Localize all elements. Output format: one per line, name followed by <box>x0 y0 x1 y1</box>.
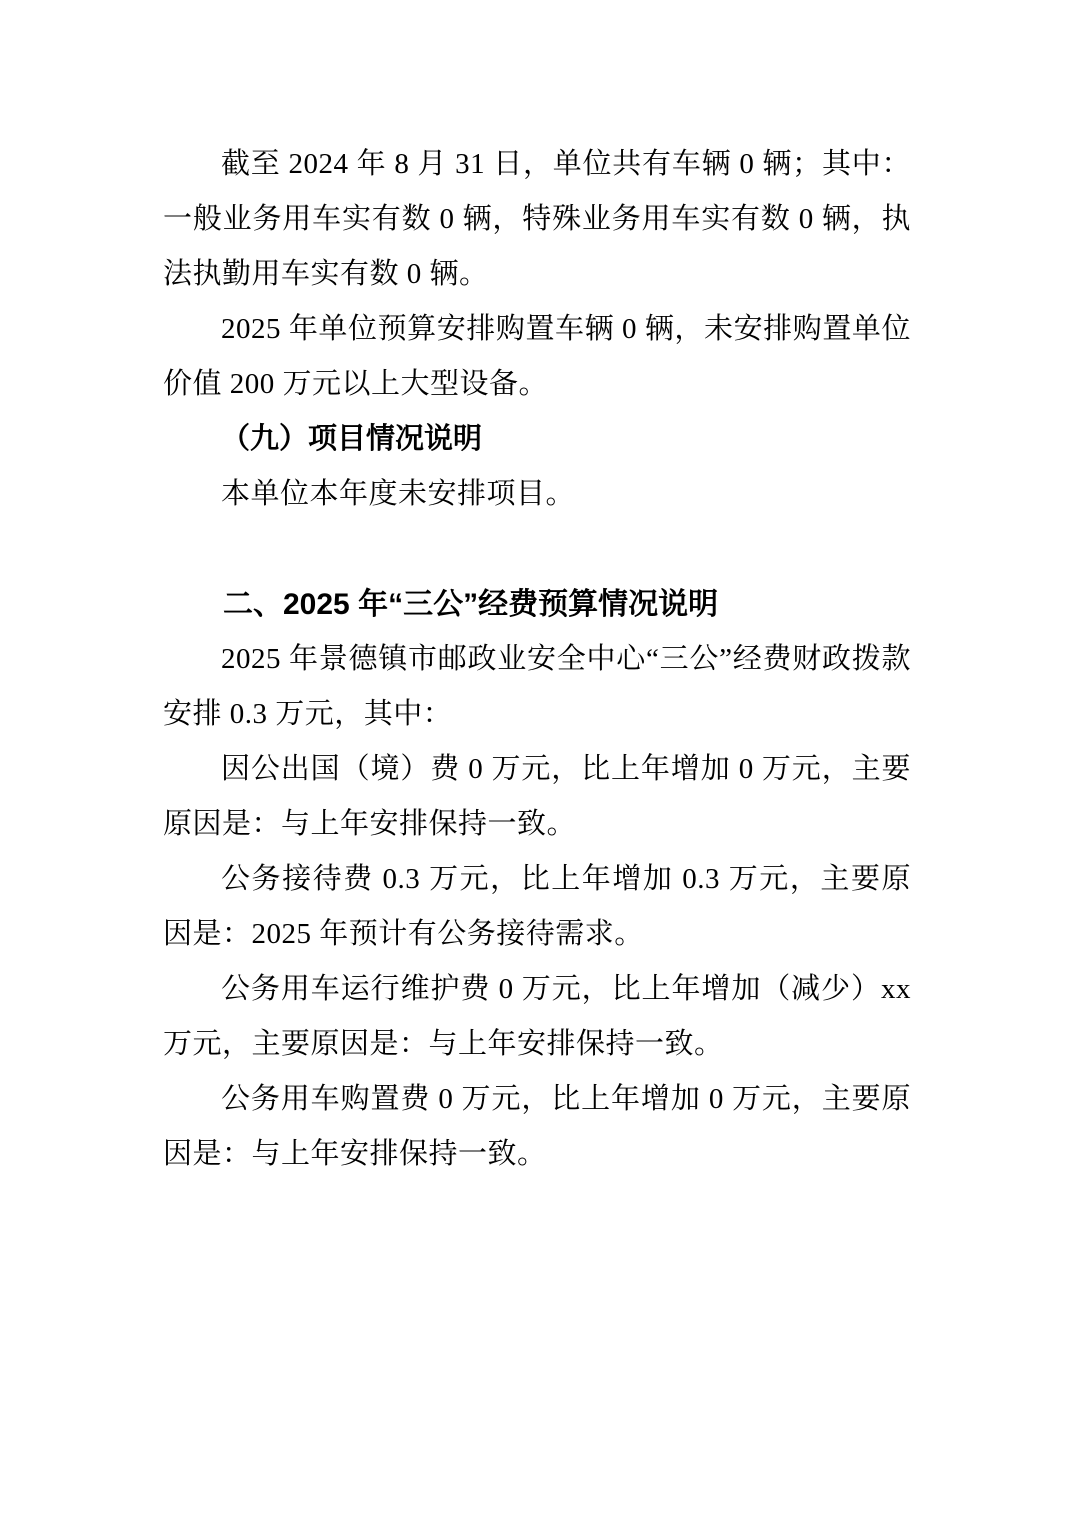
document-page: 截至 2024 年 8 月 31 日，单位共有车辆 0 辆；其中：一般业务用车实… <box>0 0 1074 1520</box>
sub-heading: （九）项目情况说明 <box>163 412 911 467</box>
paragraph: 公务用车运行维护费 0 万元，比上年增加（减少）xx 万元，主要原因是：与上年安… <box>163 962 911 1072</box>
blank-line <box>163 522 911 577</box>
paragraph: 公务用车购置费 0 万元，比上年增加 0 万元，主要原因是：与上年安排保持一致。 <box>163 1072 911 1182</box>
paragraph: 因公出国（境）费 0 万元，比上年增加 0 万元，主要原因是：与上年安排保持一致… <box>163 742 911 852</box>
section-heading: 二、2025 年“三公”经费预算情况说明 <box>163 577 911 632</box>
paragraph: 截至 2024 年 8 月 31 日，单位共有车辆 0 辆；其中：一般业务用车实… <box>163 137 911 302</box>
paragraph: 2025 年景德镇市邮政业安全中心“三公”经费财政拨款安排 0.3 万元，其中： <box>163 632 911 742</box>
paragraph: 公务接待费 0.3 万元，比上年增加 0.3 万元，主要原因是：2025 年预计… <box>163 852 911 962</box>
document-body: 截至 2024 年 8 月 31 日，单位共有车辆 0 辆；其中：一般业务用车实… <box>163 137 911 1182</box>
paragraph: 本单位本年度未安排项目。 <box>163 467 911 522</box>
paragraph: 2025 年单位预算安排购置车辆 0 辆，未安排购置单位价值 200 万元以上大… <box>163 302 911 412</box>
